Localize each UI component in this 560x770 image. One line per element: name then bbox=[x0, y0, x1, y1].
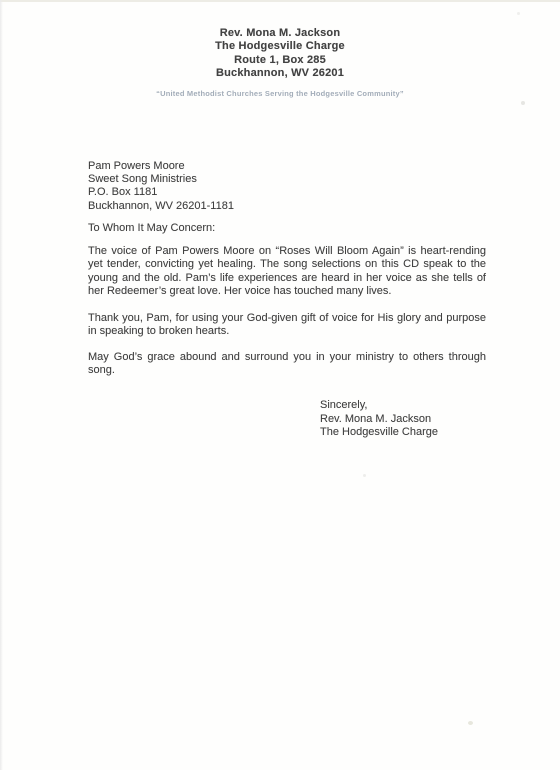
letterhead-name: Rev. Mona M. Jackson bbox=[0, 27, 560, 40]
scan-edge-artifact-top bbox=[0, 0, 560, 2]
recipient-pobox: P.O. Box 1181 bbox=[88, 186, 234, 199]
signature-block: Sincerely, Rev. Mona M. Jackson The Hodg… bbox=[320, 399, 438, 440]
scanned-letter-page: Rev. Mona M. Jackson The Hodgesville Cha… bbox=[0, 0, 560, 770]
scan-speckle bbox=[521, 101, 525, 105]
body-paragraph-1: The voice of Pam Powers Moore on “Roses … bbox=[88, 245, 486, 299]
signature-name: Rev. Mona M. Jackson bbox=[320, 413, 438, 427]
letterhead: Rev. Mona M. Jackson The Hodgesville Cha… bbox=[0, 27, 560, 81]
recipient-address: Pam Powers Moore Sweet Song Ministries P… bbox=[88, 160, 234, 213]
letterhead-city: Buckhannon, WV 26201 bbox=[0, 67, 560, 80]
recipient-org: Sweet Song Ministries bbox=[88, 173, 234, 186]
recipient-name: Pam Powers Moore bbox=[88, 160, 234, 173]
recipient-city: Buckhannon, WV 26201-1181 bbox=[88, 200, 234, 213]
salutation: To Whom It May Concern: bbox=[88, 222, 215, 234]
scan-speckle bbox=[517, 12, 520, 15]
letterhead-street: Route 1, Box 285 bbox=[0, 54, 560, 67]
scan-edge-artifact-left bbox=[0, 0, 3, 770]
body-paragraph-3: May God’s grace abound and surround you … bbox=[88, 351, 486, 378]
signature-org: The Hodgesville Charge bbox=[320, 426, 438, 440]
body-paragraph-2: Thank you, Pam, for using your God-given… bbox=[88, 312, 486, 339]
scan-speckle bbox=[468, 721, 473, 725]
scan-speckle bbox=[363, 474, 366, 477]
signature-closing: Sincerely, bbox=[320, 399, 438, 413]
letterhead-org: The Hodgesville Charge bbox=[0, 40, 560, 53]
letterhead-tagline: “United Methodist Churches Serving the H… bbox=[0, 89, 560, 98]
